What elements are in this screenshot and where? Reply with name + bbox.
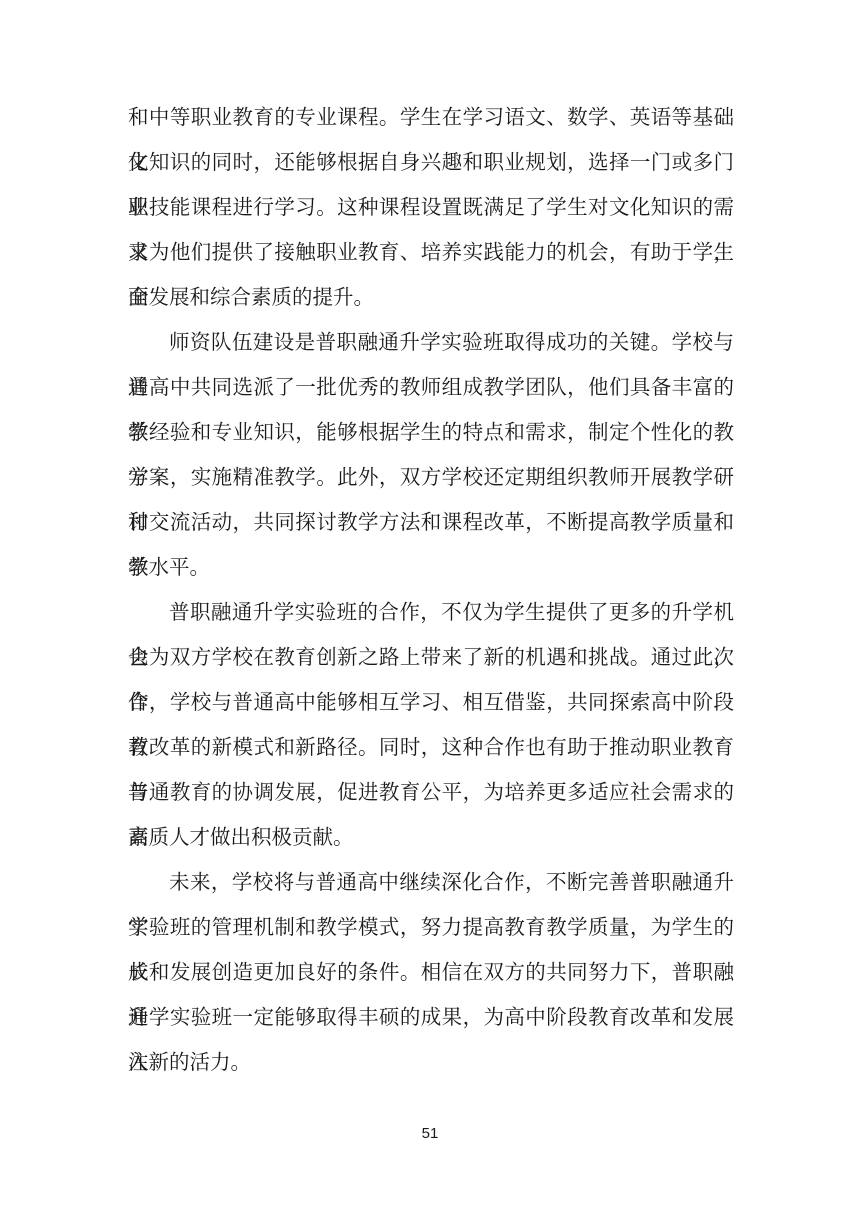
text-line: 入新的活力。 — [128, 1041, 734, 1086]
text-line: 业技能课程进行学习。这种课程设置既满足了学生对文化知识的需求， — [128, 186, 734, 231]
text-line: 也为双方学校在教育创新之路上带来了新的机遇和挑战。通过此次合 — [128, 636, 734, 681]
paragraph: 师资队伍建设是普职融通升学实验班取得成功的关键。学校与普 通高中共同选派了一批优… — [128, 321, 734, 591]
paragraph: 和中等职业教育的专业课程。学生在学习语文、数学、英语等基础文 化知识的同时，还能… — [128, 96, 734, 321]
text-line: 方案，实施精准教学。此外，双方学校还定期组织教师开展教学研讨 — [128, 456, 734, 501]
text-line: 化知识的同时，还能够根据自身兴趣和职业规划，选择一门或多门职 — [128, 141, 734, 186]
text-line: 普职融通升学实验班的合作，不仅为学生提供了更多的升学机会， — [128, 591, 734, 636]
text-line: 通高中共同选派了一批优秀的教师组成教学团队，他们具备丰富的教 — [128, 366, 734, 411]
text-line: 作，学校与普通高中能够相互学习、相互借鉴，共同探索高中阶段教 — [128, 681, 734, 726]
text-line: 师资队伍建设是普职融通升学实验班取得成功的关键。学校与普 — [128, 321, 734, 366]
paragraph: 未来，学校将与普通高中继续深化合作，不断完善普职融通升学 实验班的管理机制和教学… — [128, 861, 734, 1086]
text-line: 又为他们提供了接触职业教育、培养实践能力的机会，有助于学生全 — [128, 231, 734, 276]
text-line: 学水平。 — [128, 546, 734, 591]
text-line: 未来，学校将与普通高中继续深化合作，不断完善普职融通升学 — [128, 861, 734, 906]
text-line: 长和发展创造更加良好的条件。相信在双方的共同努力下，普职融通 — [128, 951, 734, 996]
text-line: 面发展和综合素质的提升。 — [128, 276, 734, 321]
page-number: 51 — [0, 1124, 860, 1144]
document-body: 和中等职业教育的专业课程。学生在学习语文、数学、英语等基础文 化知识的同时，还能… — [128, 96, 734, 1086]
text-line: 学经验和专业知识，能够根据学生的特点和需求，制定个性化的教学 — [128, 411, 734, 456]
text-line: 和中等职业教育的专业课程。学生在学习语文、数学、英语等基础文 — [128, 96, 734, 141]
text-line: 升学实验班一定能够取得丰硕的成果，为高中阶段教育改革和发展注 — [128, 996, 734, 1041]
paragraph: 普职融通升学实验班的合作，不仅为学生提供了更多的升学机会， 也为双方学校在教育创… — [128, 591, 734, 861]
text-line: 育改革的新模式和新路径。同时，这种合作也有助于推动职业教育与 — [128, 726, 734, 771]
document-page: 和中等职业教育的专业课程。学生在学习语文、数学、英语等基础文 化知识的同时，还能… — [0, 0, 860, 1216]
text-line: 和交流活动，共同探讨教学方法和课程改革，不断提高教学质量和教 — [128, 501, 734, 546]
text-line: 普通教育的协调发展，促进教育公平，为培养更多适应社会需求的高 — [128, 771, 734, 816]
text-line: 实验班的管理机制和教学模式，努力提高教育教学质量，为学生的成 — [128, 906, 734, 951]
text-line: 素质人才做出积极贡献。 — [128, 816, 734, 861]
